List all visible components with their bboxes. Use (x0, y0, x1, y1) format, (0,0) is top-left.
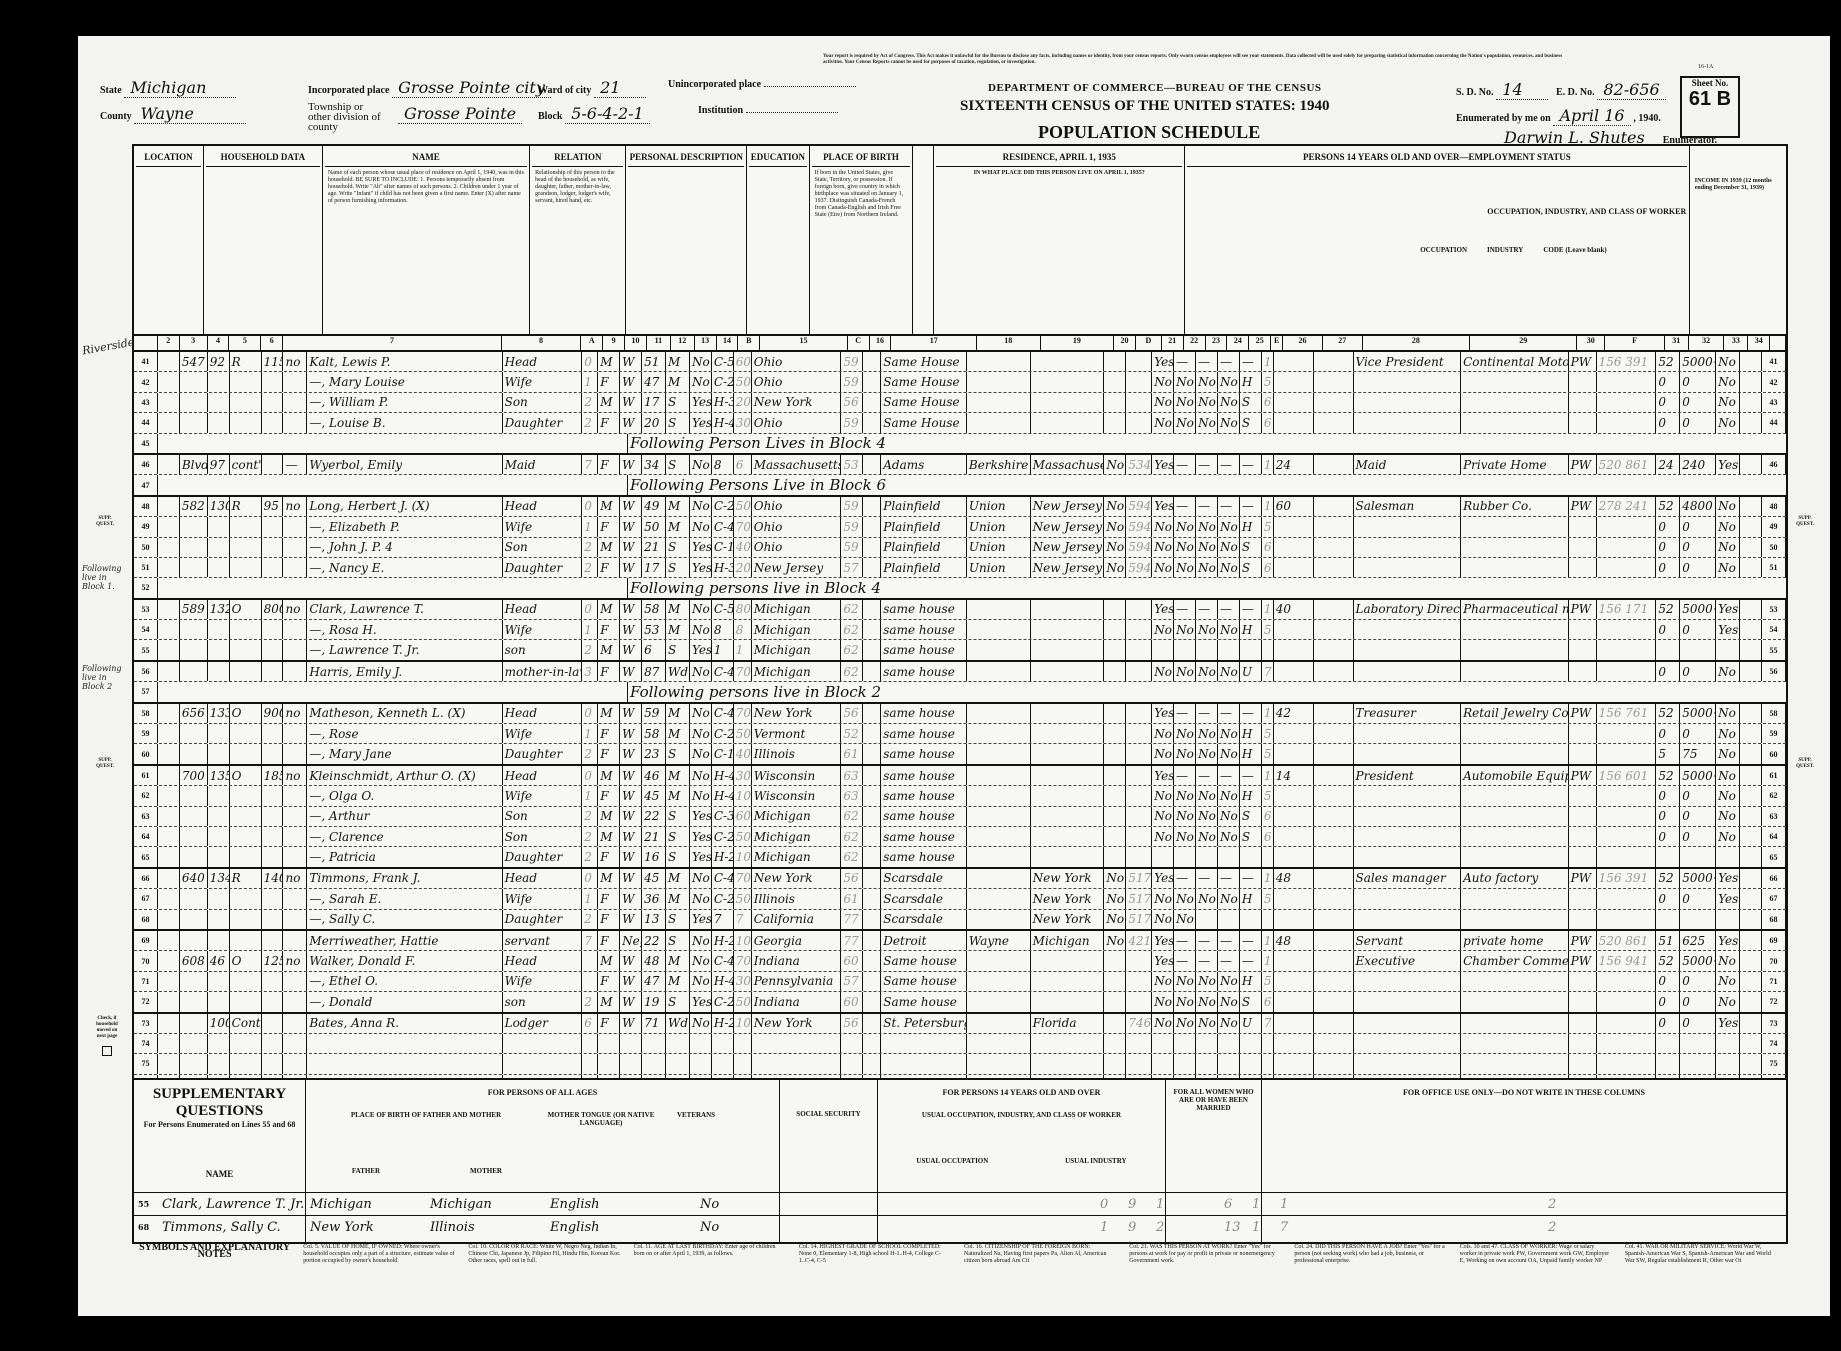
header-birth: PLACE OF BIRTHIf born in the United Stat… (810, 146, 914, 334)
column-number: 34 (1748, 336, 1770, 350)
cell-class: PW (1569, 704, 1597, 723)
cell-name: —, Sally C. (307, 910, 502, 929)
cell-school: No (690, 766, 712, 785)
cell-res-city: Same house (881, 992, 967, 1011)
cell-income: 0 (1680, 393, 1716, 412)
cell-res-county: Union (967, 497, 1031, 516)
incorporated-place-field: Incorporated place Grosse Pointe city (308, 78, 551, 98)
cell-age: 21 (642, 827, 666, 846)
cell-code-f (1597, 1054, 1657, 1073)
cell-value (262, 393, 284, 412)
cell-code-c: 59 (841, 352, 863, 371)
cell-e: 6 (1262, 393, 1274, 412)
cell-name (307, 1034, 502, 1053)
cell-industry (1461, 517, 1569, 536)
cell-farm35 (1104, 640, 1126, 659)
cell-birth: Michigan (752, 827, 842, 846)
cell-c22: No (1174, 1014, 1196, 1033)
table-row: 60—, Mary JaneDaughter2FW23SNoC-140Illin… (134, 744, 1786, 765)
notes-symbols: SYMBOLS AND EXPLANATORY NOTES (132, 1244, 297, 1314)
cell-res-county (967, 951, 1031, 970)
cell-code-c: 56 (841, 1014, 863, 1033)
table-row: 47Following Persons Live in Block 6 (134, 475, 1786, 496)
cell-hh (208, 640, 230, 659)
cell-house (180, 972, 208, 991)
cell-code-c: 59 (841, 372, 863, 391)
line-number: 48 (134, 497, 158, 516)
cell-c21: No (1152, 910, 1174, 929)
cell-class (1569, 413, 1597, 432)
cell-house (180, 620, 208, 639)
cell-e: 1 (1262, 455, 1274, 474)
cell-c21 (1152, 640, 1174, 659)
cell-own: cont'd (230, 455, 262, 474)
cell-school: No (690, 786, 712, 805)
cell-code-f (1597, 992, 1657, 1011)
cell-house (180, 517, 208, 536)
cell-c16 (863, 517, 881, 536)
cell-c26: 48 (1274, 931, 1314, 950)
cell-income: 0 (1680, 662, 1716, 681)
line-number: 49 (134, 517, 158, 536)
cell-c22: No (1174, 538, 1196, 557)
cell-weeks: 0 (1656, 517, 1680, 536)
cell-street (158, 1034, 180, 1053)
cell-name: —, Lawrence T. Jr. (307, 640, 502, 659)
cell-code-c: 56 (841, 393, 863, 412)
table-row: 68—, Sally C.Daughter2FW13SYes77Californ… (134, 910, 1786, 931)
cell-other-income (1716, 847, 1740, 866)
cell-income (1680, 910, 1716, 929)
cell-birth: Vermont (752, 724, 842, 743)
cell-relation: Son (503, 393, 583, 412)
cell-code-d (1126, 827, 1152, 846)
cell-school: No (690, 1014, 712, 1033)
cell-res-county (967, 393, 1031, 412)
cell-c21 (1152, 847, 1174, 866)
cell-age: 34 (642, 455, 666, 474)
cell-house: 656 (180, 704, 208, 723)
cell-c22: No (1174, 393, 1196, 412)
cell-street (158, 393, 180, 412)
cell-res-county (967, 847, 1031, 866)
cell-code-f (1597, 847, 1657, 866)
cell-income (1680, 1034, 1716, 1053)
cell-industry (1461, 1014, 1569, 1033)
cell-res-city: same house (881, 704, 967, 723)
cell-marital: S (666, 558, 690, 577)
cell-race: W (620, 786, 642, 805)
cell-farm: no (283, 352, 307, 371)
cell-house (180, 827, 208, 846)
cell-c23 (1196, 847, 1218, 866)
cell-res-city: Plainfield (881, 538, 967, 557)
cell-farm35: No (1104, 910, 1126, 929)
cell-grade: H-4 (712, 972, 734, 991)
cell-race: W (620, 766, 642, 785)
cell-occupation (1354, 889, 1462, 908)
cell-street (158, 847, 180, 866)
cell-value (262, 1034, 284, 1053)
cell-res-city: Plainfield (881, 517, 967, 536)
cell-hh: 46 (208, 951, 230, 970)
cell-name: Merriweather, Hattie (307, 931, 502, 950)
cell-farm: no (283, 600, 307, 619)
cell-farm (283, 847, 307, 866)
cell-e: 7 (1262, 1014, 1274, 1033)
cell-c21: No (1152, 807, 1174, 826)
cell-grade: C-1 (712, 744, 734, 763)
cell-res-state (1031, 724, 1105, 743)
line-number: 51 (134, 558, 158, 577)
cell-weeks (1656, 1054, 1680, 1073)
cell-code-a: 1 (582, 786, 598, 805)
cell-e: 6 (1262, 538, 1274, 557)
table-row: 55—, Lawrence T. Jr.son2MW6SYes11Michiga… (134, 640, 1786, 661)
cell-farm (283, 910, 307, 929)
cell-sex: F (598, 662, 620, 681)
cell-code-b: 50 (734, 724, 752, 743)
cell-code-f (1597, 413, 1657, 432)
cell-code-f: 278 241 (1597, 497, 1657, 516)
line-number: 75 (134, 1054, 158, 1073)
cell-code-a: 2 (582, 992, 598, 1011)
line-number: 63 (134, 807, 158, 826)
cell-hh (208, 786, 230, 805)
cell-code-b: 7 (734, 910, 752, 929)
cell-street (158, 931, 180, 950)
column-number: 18 (977, 336, 1041, 350)
cell-e: 5 (1262, 620, 1274, 639)
cell-code-f (1597, 538, 1657, 557)
cell-code-c: 60 (841, 992, 863, 1011)
cell-industry (1461, 889, 1569, 908)
cell-code-c: 62 (841, 827, 863, 846)
line-number: 67 (1762, 889, 1786, 908)
cell-other-income: No (1716, 704, 1740, 723)
cell-other-income: No (1716, 786, 1740, 805)
cell-code-a: 1 (582, 724, 598, 743)
cell-res-city: Same house (881, 951, 967, 970)
cell-c34 (1740, 972, 1762, 991)
cell-res-city: Scarsdale (881, 910, 967, 929)
cell-res-county (967, 992, 1031, 1011)
cell-c16 (863, 558, 881, 577)
cell-farm (283, 931, 307, 950)
cell-race (620, 1054, 642, 1073)
cell-c16 (863, 372, 881, 391)
cell-c21: No (1152, 393, 1174, 412)
cell-c16 (863, 992, 881, 1011)
cell-res-state: Florida (1031, 1014, 1105, 1033)
cell-c16 (863, 807, 881, 826)
cell-c26: 48 (1274, 869, 1314, 888)
cell-code-d: 5174 (1126, 889, 1152, 908)
cell-c26 (1274, 352, 1314, 371)
cell-industry (1461, 372, 1569, 391)
cell-age: 36 (642, 889, 666, 908)
column-number: 29 (1470, 336, 1577, 350)
cell-name: —, Mary Louise (307, 372, 502, 391)
cell-occupation: Executive (1354, 951, 1462, 970)
cell-class (1569, 393, 1597, 412)
cell-code-d (1126, 847, 1152, 866)
cell-age: 20 (642, 413, 666, 432)
cell-weeks: 52 (1656, 951, 1680, 970)
column-number: 10 (625, 336, 647, 350)
cell-age: 47 (642, 972, 666, 991)
line-number: 42 (134, 372, 158, 391)
cell-c27 (1314, 786, 1354, 805)
cell-res-state: New Jersey (1031, 558, 1105, 577)
cell-grade: C-4 (712, 951, 734, 970)
cell-class (1569, 517, 1597, 536)
table-row: 58656133O9000noMatheson, Kenneth L. (X)H… (134, 704, 1786, 724)
cell-c34 (1740, 352, 1762, 371)
table-row: 64—, ClarenceSon2MW21SYesC-250Michigan62… (134, 827, 1786, 847)
cell-code-c: 56 (841, 869, 863, 888)
cell-own (230, 807, 262, 826)
cell-own (230, 889, 262, 908)
cell-income: 5000+ (1680, 951, 1716, 970)
cell-race: W (620, 455, 642, 474)
cell-own (230, 413, 262, 432)
supplementary-section: SUPPLEMENTARY QUESTIONS For Persons Enum… (132, 1078, 1788, 1244)
cell-industry (1461, 744, 1569, 763)
cell-school: No (690, 517, 712, 536)
cell-race: W (620, 600, 642, 619)
cell-c21: No (1152, 538, 1174, 557)
cell-sex: F (598, 724, 620, 743)
line-number: 70 (134, 951, 158, 970)
cell-c34 (1740, 640, 1762, 659)
cell-c34 (1740, 704, 1762, 723)
cell-income: 5000+ (1680, 600, 1716, 619)
cell-name: Walker, Donald F. (307, 951, 502, 970)
header-residence: RESIDENCE, APRIL 1, 1935IN WHAT PLACE DI… (934, 146, 1185, 334)
cell-marital: M (666, 352, 690, 371)
column-number: 30 (1577, 336, 1605, 350)
cell-school (690, 1054, 712, 1073)
cell-farm (283, 517, 307, 536)
cell-name: Kleinschmidt, Arthur O. (X) (307, 766, 502, 785)
cell-code-a (582, 1054, 598, 1073)
cell-grade: 7 (712, 910, 734, 929)
cell-other-income: No (1716, 538, 1740, 557)
cell-res-city: Plainfield (881, 558, 967, 577)
census-sheet: Your report is required by Act of Congre… (78, 36, 1830, 1316)
cell-school: Yes (690, 538, 712, 557)
cell-own (230, 1054, 262, 1073)
cell-school: No (690, 455, 712, 474)
cell-birth (752, 1054, 842, 1073)
column-number: 6 (261, 336, 283, 350)
cell-c23: No (1196, 786, 1218, 805)
cell-relation: Wife (503, 724, 583, 743)
table-row: 66640134R140noTimmons, Frank J.Head0MW45… (134, 869, 1786, 889)
cell-res-county: Union (967, 558, 1031, 577)
cell-value (262, 1014, 284, 1033)
cell-value (262, 372, 284, 391)
cell-farm (283, 538, 307, 557)
cell-code-a: 0 (582, 352, 598, 371)
cell-res-city: Adams (881, 455, 967, 474)
cell-own: R (230, 869, 262, 888)
cell-occupation: Vice President (1354, 352, 1462, 371)
cell-code-c: 59 (841, 517, 863, 536)
table-row: 45Following Person Lives in Block 4 (134, 434, 1786, 455)
cell-c34 (1740, 992, 1762, 1011)
cell-age: 21 (642, 538, 666, 557)
incorporated-place-value: Grosse Pointe city (392, 78, 551, 98)
cell-sex: M (598, 951, 620, 970)
cell-birth: Wisconsin (752, 766, 842, 785)
line-number: 46 (134, 455, 158, 474)
cell-c27 (1314, 1034, 1354, 1053)
cell-c24: — (1218, 766, 1240, 785)
cell-c26 (1274, 744, 1314, 763)
cell-income (1680, 847, 1716, 866)
cell-other-income: No (1716, 724, 1740, 743)
cell-c23: — (1196, 497, 1218, 516)
cell-house: 582 (180, 497, 208, 516)
cell-c27 (1314, 704, 1354, 723)
cell-c23: No (1196, 724, 1218, 743)
cell-c34 (1740, 517, 1762, 536)
cell-grade: C-4 (712, 517, 734, 536)
cell-code-a: 0 (582, 869, 598, 888)
cell-res-county (967, 724, 1031, 743)
cell-farm: no (283, 766, 307, 785)
cell-farm35 (1104, 393, 1126, 412)
cell-res-city: Same House (881, 352, 967, 371)
cell-c24: — (1218, 951, 1240, 970)
cell-income: 0 (1680, 538, 1716, 557)
cell-age: 13 (642, 910, 666, 929)
cell-c21: No (1152, 827, 1174, 846)
cell-res-state (1031, 352, 1105, 371)
cell-name (307, 1054, 502, 1073)
cell-c27 (1314, 517, 1354, 536)
cell-marital: M (666, 600, 690, 619)
cell-other-income: No (1716, 517, 1740, 536)
table-row: 48582130R95noLong, Herbert J. (X)Head0MW… (134, 497, 1786, 517)
cell-farm35: No (1104, 889, 1126, 908)
cell-sex: M (598, 538, 620, 557)
cell-birth: Michigan (752, 807, 842, 826)
cell-code-d (1126, 393, 1152, 412)
cell-age: 48 (642, 951, 666, 970)
cell-c22 (1174, 640, 1196, 659)
cell-c27 (1314, 724, 1354, 743)
cell-c25: U (1240, 662, 1262, 681)
cell-c25: H (1240, 786, 1262, 805)
ward-field: Ward of city 21 (538, 78, 646, 98)
cell-other-income: No (1716, 766, 1740, 785)
cell-code-d (1126, 724, 1152, 743)
cell-birth: Illinois (752, 889, 842, 908)
cell-c25: U (1240, 1014, 1262, 1033)
cell-farm (283, 1034, 307, 1053)
cell-value (262, 827, 284, 846)
cell-own (230, 517, 262, 536)
cell-sex: F (598, 1014, 620, 1033)
cell-c27 (1314, 497, 1354, 516)
supp-quest-marker-55-right: SUPP. QUEST. (1794, 516, 1816, 528)
cell-res-city: same house (881, 640, 967, 659)
cell-race: W (620, 972, 642, 991)
cell-birth: California (752, 910, 842, 929)
cell-res-city: same house (881, 786, 967, 805)
table-row: 49—, Elizabeth P.Wife1FW50MNoC-470Ohio59… (134, 517, 1786, 537)
cell-marital (666, 1054, 690, 1073)
cell-c23: No (1196, 620, 1218, 639)
cell-marital: M (666, 620, 690, 639)
cell-code-c: 56 (841, 704, 863, 723)
cell-code-d (1126, 766, 1152, 785)
cell-income: 0 (1680, 413, 1716, 432)
cell-code-c: 59 (841, 413, 863, 432)
block-note: Following Person Lives in Block 4 (628, 434, 1728, 453)
cell-farm35 (1104, 600, 1126, 619)
cell-race: W (620, 724, 642, 743)
cell-c23: No (1196, 1014, 1218, 1033)
cell-house (180, 847, 208, 866)
cell-value (262, 889, 284, 908)
line-number: 68 (1762, 910, 1786, 929)
cell-marital: S (666, 992, 690, 1011)
line-number: 50 (134, 538, 158, 557)
moved-checkbox[interactable] (102, 1046, 112, 1056)
cell-grade: C-3 (712, 807, 734, 826)
cell-other-income: Yes (1716, 869, 1740, 888)
cell-house: 547 (180, 352, 208, 371)
line-number: 68 (134, 910, 158, 929)
cell-code-d (1126, 352, 1152, 371)
cell-code-d (1126, 662, 1152, 681)
cell-own (230, 992, 262, 1011)
cell-c24 (1218, 640, 1240, 659)
cell-other-income: No (1716, 744, 1740, 763)
cell-sex (598, 1054, 620, 1073)
cell-marital: S (666, 807, 690, 826)
cell-name: —, Arthur (307, 807, 502, 826)
cell-c23: No (1196, 807, 1218, 826)
cell-race: W (620, 951, 642, 970)
cell-code-d: 5345 (1126, 455, 1152, 474)
cell-c27 (1314, 372, 1354, 391)
cell-res-state (1031, 662, 1105, 681)
cell-c25: H (1240, 372, 1262, 391)
table-row: 53589132O8000noClark, Lawrence T.Head0MW… (134, 600, 1786, 620)
cell-occupation (1354, 1014, 1462, 1033)
column-number: 3 (180, 336, 208, 350)
cell-c21: Yes (1152, 951, 1174, 970)
township-field: Grosse Pointe (398, 104, 522, 124)
cell-res-state (1031, 992, 1105, 1011)
cell-own (230, 786, 262, 805)
cell-birth: Michigan (752, 600, 842, 619)
cell-sex: F (598, 847, 620, 866)
cell-income: 0 (1680, 372, 1716, 391)
cell-street (158, 372, 180, 391)
cell-res-city: St. Petersburg (881, 1014, 967, 1033)
cell-other-income (1716, 910, 1740, 929)
cell-own (230, 724, 262, 743)
cell-c21: Yes (1152, 766, 1174, 785)
cell-own (230, 931, 262, 950)
cell-farm35: No (1104, 538, 1126, 557)
